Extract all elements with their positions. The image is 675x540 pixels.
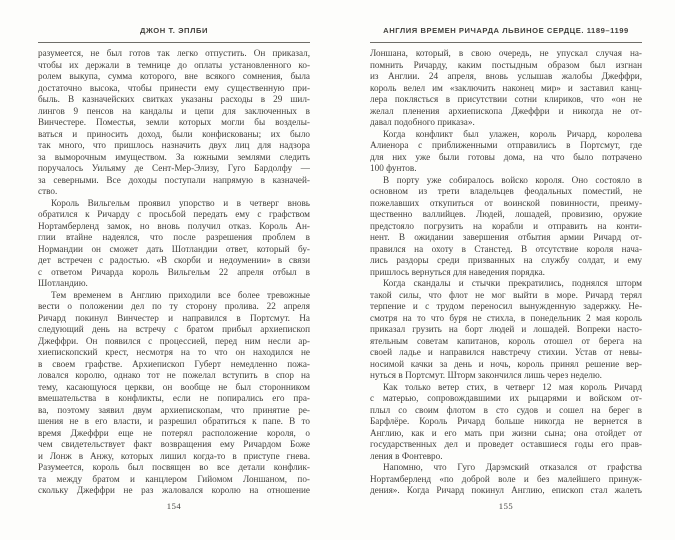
text-line: Англию, как и его мать при жизни сына; о… — [370, 428, 642, 440]
text-line: ство. — [38, 186, 310, 198]
text-line: Король Вильгельм проявил упорство и в че… — [38, 198, 310, 210]
text-line: терпение и с трудом переносил вынужденну… — [370, 301, 642, 313]
text-line: обратился к Ричарду с просьбой передать … — [38, 209, 310, 221]
text-line: скольку Джеффри не раз жаловался королю … — [38, 485, 310, 497]
text-line: чем свидетельствует факт возвращения ему… — [38, 439, 310, 451]
text-line: глии втайне надеялся, что после разрешен… — [38, 232, 310, 244]
text-line: из Англии. 24 апреля, вновь услышав жало… — [370, 71, 642, 83]
text-line: Барфлёре. Король Ричард больше никогда н… — [370, 416, 642, 428]
text-line: государственных дел и проведет оставшиес… — [370, 439, 642, 451]
text-line: чтобы их держали в темнице до оплаты уст… — [38, 60, 310, 72]
text-line: лингов 9 пенсов на кандалы и цепи для за… — [38, 106, 310, 118]
text-line: ваться и приносить доход, были конфисков… — [38, 129, 310, 141]
text-line: щественно валлийцев. Людей, лошадей, про… — [370, 209, 642, 221]
text-line: желал пленения архиепископа Джеффри и ни… — [370, 106, 642, 118]
text-line: шения не в его власти, и разрешил обрати… — [38, 416, 310, 428]
text-line: Лоншана, который, в свою очередь, не упу… — [370, 48, 642, 60]
text-line: Ричард покинул Винчестер и направился в … — [38, 313, 310, 325]
text-line: Винчестере. Поместья, земли которых могл… — [38, 117, 310, 129]
text-line: Тем временем в Англию приходили все боле… — [38, 290, 310, 302]
text-line: дет встречен с радостью. «В скорби и нед… — [38, 255, 310, 267]
text-line: Напомню, что Гуго Дарэмский отказался от… — [370, 462, 642, 474]
text-line: вмешательства в конфликты, если не попир… — [38, 393, 310, 405]
text-line: давал подобного приказа». — [370, 117, 642, 129]
text-line: приказал грузить на борт людей и лошадей… — [370, 324, 642, 336]
text-line: Нортамберленд замок, но вновь получил от… — [38, 221, 310, 233]
text-line: поручалось Уильяму де Сент-Мер-Элизу, Гу… — [38, 163, 310, 175]
text-line: смотря на то что буря не стихла, в понед… — [370, 313, 642, 325]
text-line: Когда скандалы и стычки прекратились, по… — [370, 278, 642, 290]
text-line: достаточно высока, чтобы принести ему су… — [38, 83, 310, 95]
text-line: пришлось вернуться для наведения порядка… — [370, 267, 642, 279]
book-spread: ДЖОН Т. ЭПЛБИ разумеется, не был готов т… — [0, 0, 675, 540]
text-line: в своем графстве. Архиепископ Губерт нем… — [38, 359, 310, 371]
text-line: нент. В ожидании завершения отбытия арми… — [370, 232, 642, 244]
page-body: Лоншана, который, в свою очередь, не упу… — [370, 48, 642, 497]
text-line: Нортамберленд «по доброй воле и без мале… — [370, 474, 642, 486]
text-line: ления в Фонтевро. — [370, 451, 642, 463]
text-line: король велел им «заключить наконец мир» … — [370, 83, 642, 95]
text-line: для них уже были готовы дома, на что был… — [370, 152, 642, 164]
text-line: пожелавших откупиться от воинской повинн… — [370, 198, 642, 210]
text-line: носимой качки за день и ночь, король при… — [370, 359, 642, 371]
text-line: хиепископский крест, несмотря на то что … — [38, 347, 310, 359]
text-line: Как только ветер стих, в четверг 12 мая … — [370, 382, 642, 394]
text-line: следующий день на встречу с братом прибы… — [38, 324, 310, 336]
text-line: правился на охоту в Станстед. В отсутств… — [370, 244, 642, 256]
text-line: В порту уже собиралось войско короля. Он… — [370, 175, 642, 187]
text-line: быль. В казначейских свитках указаны рас… — [38, 94, 310, 106]
running-header-title: АНГЛИЯ ВРЕМЕН РИЧАРДА ЛЬВИНОЕ СЕРДЦЕ. 11… — [370, 26, 642, 35]
text-line: предстояло погрузить на корабли и отправ… — [370, 221, 642, 233]
page-number: 155 — [370, 501, 642, 511]
text-line: за северными. Все доходы поступали напря… — [38, 175, 310, 187]
text-line: Когда конфликт был улажен, король Ричард… — [370, 129, 642, 141]
text-line: Джеффри. Он появился с процессией, перед… — [38, 336, 310, 348]
text-line: лера поклясться в присутствии сотни клир… — [370, 94, 642, 106]
text-line: своей ладье и направился навстречу стихи… — [370, 347, 642, 359]
text-line: тему, касающуюся церкви, он вообще не бы… — [38, 382, 310, 394]
text-line: лись раздоры среди призванных на службу … — [370, 255, 642, 267]
header-rule — [38, 42, 310, 43]
text-line: с матерью, сопровождавшими их рыцарями и… — [370, 393, 642, 405]
right-page: АНГЛИЯ ВРЕМЕН РИЧАРДА ЛЬВИНОЕ СЕРДЦЕ. 11… — [370, 0, 642, 540]
left-page: ДЖОН Т. ЭПЛБИ разумеется, не был готов т… — [38, 0, 310, 540]
text-line: Шотландию. — [38, 278, 310, 290]
text-line: основном из трети владельцев феодальных … — [370, 186, 642, 198]
text-line: так много, что пришлось назначить двух л… — [38, 140, 310, 152]
text-line: Разумеется, король был посвящен во все д… — [38, 462, 310, 474]
text-line: и Лонж в Анжу, которых лишил когда-то в … — [38, 451, 310, 463]
text-line: вести о положении дел по ту сторону прол… — [38, 301, 310, 313]
text-line: Нормандии он сможет дать Шотландии ответ… — [38, 244, 310, 256]
text-line: дения». Когда Ричард покинул Англию, епи… — [370, 485, 642, 497]
text-line: разумеется, не был готов так легко отпус… — [38, 48, 310, 60]
text-line: нуться в Портсмут. Шторм закончился лишь… — [370, 370, 642, 382]
text-line: время Джеффри еще не потерял расположени… — [38, 428, 310, 440]
page-number: 154 — [38, 501, 310, 511]
text-line: ловался королю, однако тот не пожелал вс… — [38, 370, 310, 382]
text-line: с ответом Ричарда король Вильгельм 22 ап… — [38, 267, 310, 279]
text-line: Алиенора с приближенными отправились в П… — [370, 140, 642, 152]
text-line: помнить Ричарду, каким постыдным образом… — [370, 60, 642, 72]
text-line: ролем выкупа, сумма которого, вне всяког… — [38, 71, 310, 83]
text-line: ятельным советам капитанов, король отоше… — [370, 336, 642, 348]
page-body: разумеется, не был готов так легко отпус… — [38, 48, 310, 497]
text-line: 100 фунтов. — [370, 163, 642, 175]
header-rule — [370, 42, 642, 43]
running-header-author: ДЖОН Т. ЭПЛБИ — [38, 26, 310, 35]
text-line: ва, поэтому заявил двум архиепископам, ч… — [38, 405, 310, 417]
text-line: такой силы, что флот не мог выйти в море… — [370, 290, 642, 302]
text-line: плыл со своим флотом в сто судов и сошел… — [370, 405, 642, 417]
text-line: за выморочным имуществом. За южными земл… — [38, 152, 310, 164]
text-line: та между братом и канцлером Гийомом Лонш… — [38, 474, 310, 486]
